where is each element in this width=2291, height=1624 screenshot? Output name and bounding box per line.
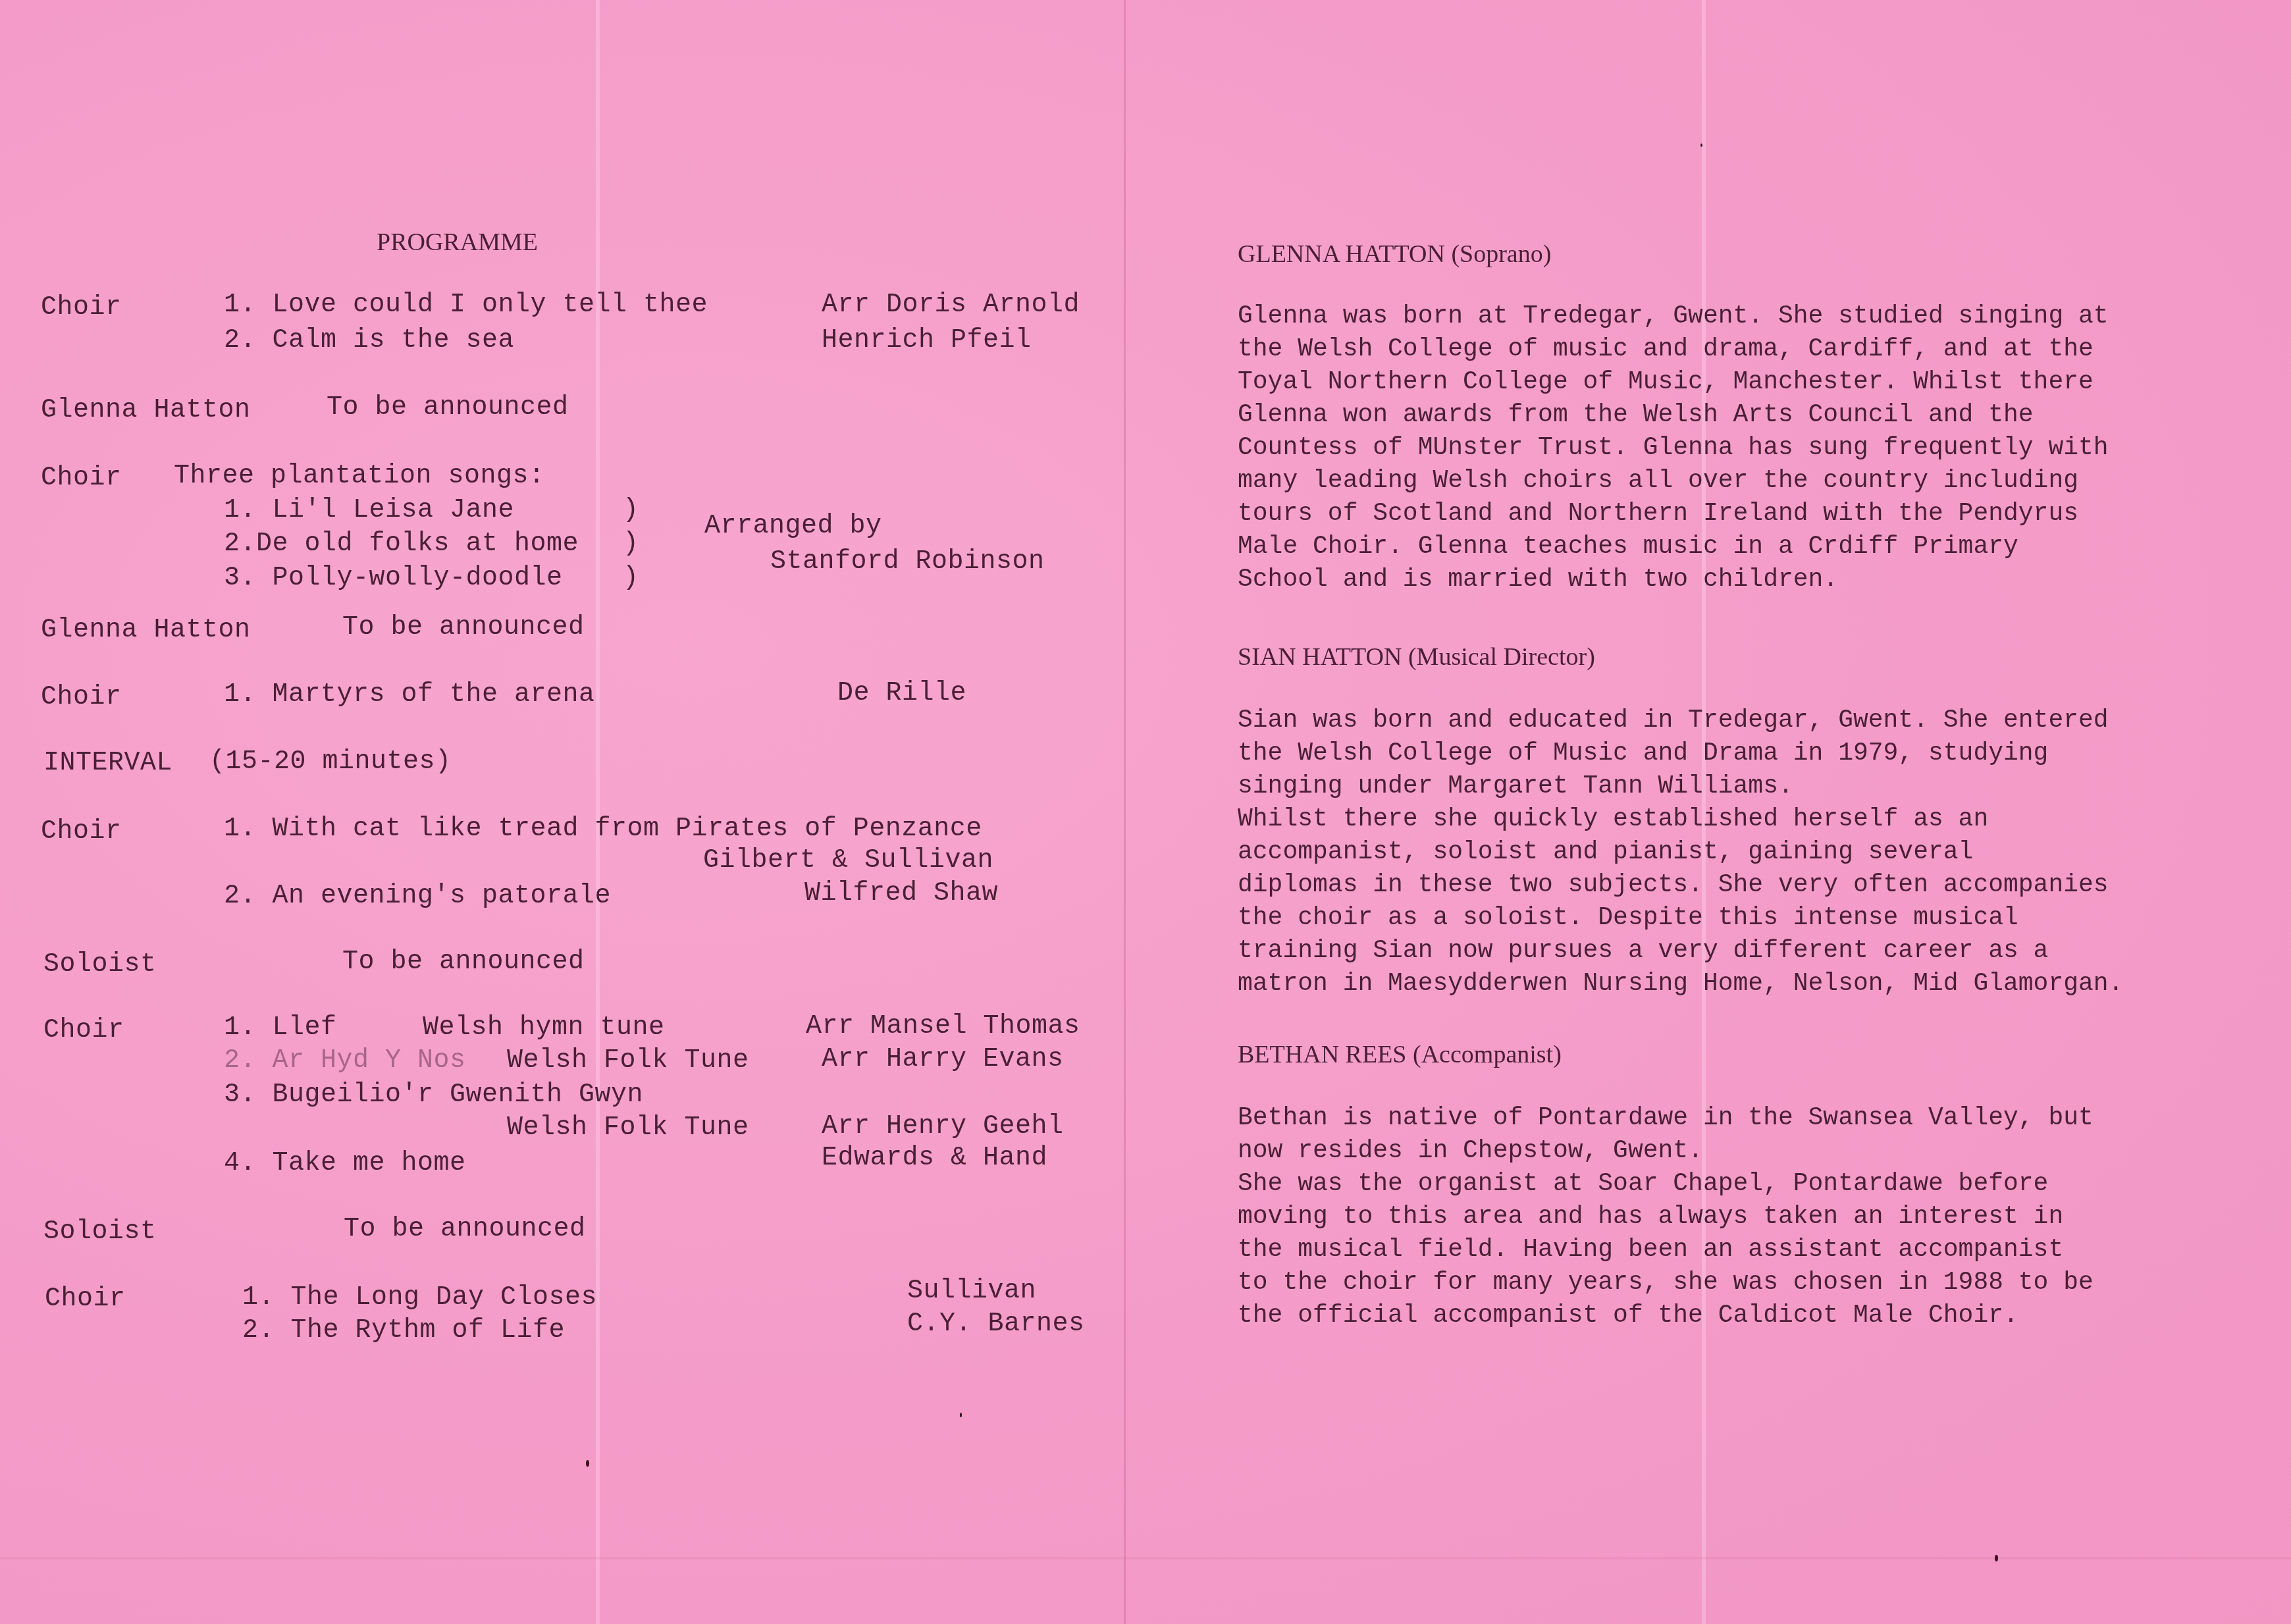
bio-heading-bethan-rees: BETHAN REES (Accompanist) <box>1238 1039 1562 1070</box>
piece-credit: C.Y. Barnes <box>907 1309 1085 1340</box>
bio-body-glenna-hatton: Glenna was born at Tredegar, Gwent. She … <box>1238 300 2265 596</box>
performer-label: Glenna Hatton <box>41 395 251 427</box>
piece-title: 4. Take me home <box>224 1148 466 1180</box>
bio-line: She was the organist at Soar Chapel, Pon… <box>1238 1168 2265 1201</box>
bio-line: many leading Welsh choirs all over the c… <box>1238 465 2265 498</box>
bio-line: Glenna was born at Tredegar, Gwent. She … <box>1238 300 2265 333</box>
piece-title: 1. With cat like tread from Pirates of P… <box>224 814 982 845</box>
piece-type: Welsh Folk Tune <box>507 1113 749 1144</box>
piece-credit: Wilfred Shaw <box>804 878 998 910</box>
bracket: ) <box>623 529 639 560</box>
piece-title: 2. Ar Hyd Y Nos <box>224 1045 466 1077</box>
bio-line: the Welsh College of Music and Drama in … <box>1238 737 2265 770</box>
piece-type: Welsh hymn tune <box>423 1012 665 1044</box>
ink-speck <box>960 1413 962 1417</box>
bio-line: the Welsh College of music and drama, Ca… <box>1238 333 2265 366</box>
piece-credit: Arr Henry Geehl <box>822 1111 1064 1143</box>
piece-title: 2. The Rythm of Life <box>242 1315 565 1347</box>
horizontal-crease <box>0 1557 2291 1559</box>
ink-speck <box>586 1460 589 1467</box>
piece-credit: Arr Mansel Thomas <box>806 1011 1080 1043</box>
bio-line: matron in Maesydderwen Nursing Home, Nel… <box>1238 968 2265 1001</box>
bio-heading-glenna-hatton: GLENNA HATTON (Soprano) <box>1238 238 1551 270</box>
set-intro: Three plantation songs: <box>174 461 545 492</box>
piece-type: Welsh Folk Tune <box>507 1045 749 1077</box>
bio-line: to the choir for many years, she was cho… <box>1238 1267 2265 1299</box>
bio-line: training Sian now pursues a very differe… <box>1238 935 2265 968</box>
performer-label: Soloist <box>43 949 157 981</box>
piece-title: To be announced <box>342 947 585 978</box>
bio-line: Bethan is native of Pontardawe in the Sw… <box>1238 1102 2265 1135</box>
piece-title: 1. Li'l Leisa Jane <box>224 495 514 527</box>
piece-credit: Arr Harry Evans <box>822 1044 1064 1076</box>
bio-body-bethan-rees: Bethan is native of Pontardawe in the Sw… <box>1238 1102 2265 1332</box>
piece-title: To be announced <box>327 392 569 424</box>
piece-credit: De Rille <box>837 678 966 710</box>
piece-credit: Gilbert & Sullivan <box>703 845 993 877</box>
bio-line: Glenna won awards from the Welsh Arts Co… <box>1238 399 2265 432</box>
piece-title: 2. An evening's patorale <box>224 881 611 912</box>
performer-label: Glenna Hatton <box>41 615 251 646</box>
programme-title: PROGRAMME <box>377 226 538 258</box>
performer-label: Choir <box>43 1015 124 1047</box>
ink-speck <box>1995 1555 1998 1561</box>
bio-heading-sian-hatton: SIAN HATTON (Musical Director) <box>1238 641 1595 673</box>
bio-line: tours of Scotland and Northern Ireland w… <box>1238 498 2265 531</box>
bracket: ) <box>623 495 639 527</box>
performer-label: Choir <box>45 1284 126 1315</box>
bio-line: accompanist, soloist and pianist, gainin… <box>1238 836 2265 869</box>
piece-title: 3. Polly-wolly-doodle <box>224 563 563 594</box>
piece-title: 2.De old folks at home <box>224 529 579 560</box>
bio-line: School and is married with two children. <box>1238 563 2265 596</box>
bio-line: Countess of MUnster Trust. Glenna has su… <box>1238 432 2265 465</box>
piece-title: 3. Bugeilio'r Gwenith Gwyn <box>224 1080 643 1111</box>
performer-label: Choir <box>41 816 122 848</box>
performer-label: Choir <box>41 463 122 494</box>
bio-line: the official accompanist of the Caldicot… <box>1238 1299 2265 1332</box>
bio-body-sian-hatton: Sian was born and educated in Tredegar, … <box>1238 704 2265 1001</box>
bio-line: the choir as a soloist. Despite this int… <box>1238 902 2265 935</box>
bio-line: Sian was born and educated in Tredegar, … <box>1238 704 2265 737</box>
interval-duration: (15-20 minutes) <box>209 747 452 778</box>
center-fold <box>1124 0 1126 1624</box>
bio-line: diplomas in these two subjects. She very… <box>1238 869 2265 902</box>
piece-title: 1. Llef <box>224 1012 337 1044</box>
performer-label: Choir <box>41 292 122 324</box>
piece-title: 1. Love could I only tell thee <box>224 290 708 321</box>
piece-credit: Henrich Pfeil <box>822 325 1032 357</box>
bio-line: moving to this area and has always taken… <box>1238 1201 2265 1234</box>
bio-line: Male Choir. Glenna teaches music in a Cr… <box>1238 531 2265 563</box>
piece-credit: Edwards & Hand <box>822 1143 1047 1174</box>
piece-credit: Arr Doris Arnold <box>822 290 1080 321</box>
piece-credit: Sullivan <box>907 1276 1036 1307</box>
bio-line: now resides in Chepstow, Gwent. <box>1238 1135 2265 1168</box>
bio-line: the musical field. Having been an assist… <box>1238 1234 2265 1267</box>
arranger-name: Stanford Robinson <box>770 546 1045 578</box>
bio-line: Toyal Northern College of Music, Manches… <box>1238 366 2265 399</box>
ink-speck <box>1700 144 1702 147</box>
bio-line: singing under Margaret Tann Williams. <box>1238 770 2265 803</box>
arranger-label: Arranged by <box>704 511 882 542</box>
piece-title: 1. Martyrs of the arena <box>224 679 595 711</box>
bracket: ) <box>623 563 639 594</box>
piece-title: 1. The Long Day Closes <box>242 1282 597 1314</box>
bio-line: Whilst there she quickly established her… <box>1238 803 2265 836</box>
performer-label: Choir <box>41 682 122 714</box>
interval-label: INTERVAL <box>43 748 172 779</box>
piece-title: To be announced <box>344 1214 586 1245</box>
piece-title: 2. Calm is the sea <box>224 325 514 357</box>
performer-label: Soloist <box>43 1217 157 1248</box>
fold-crease <box>596 0 600 1624</box>
piece-title: To be announced <box>342 612 585 644</box>
